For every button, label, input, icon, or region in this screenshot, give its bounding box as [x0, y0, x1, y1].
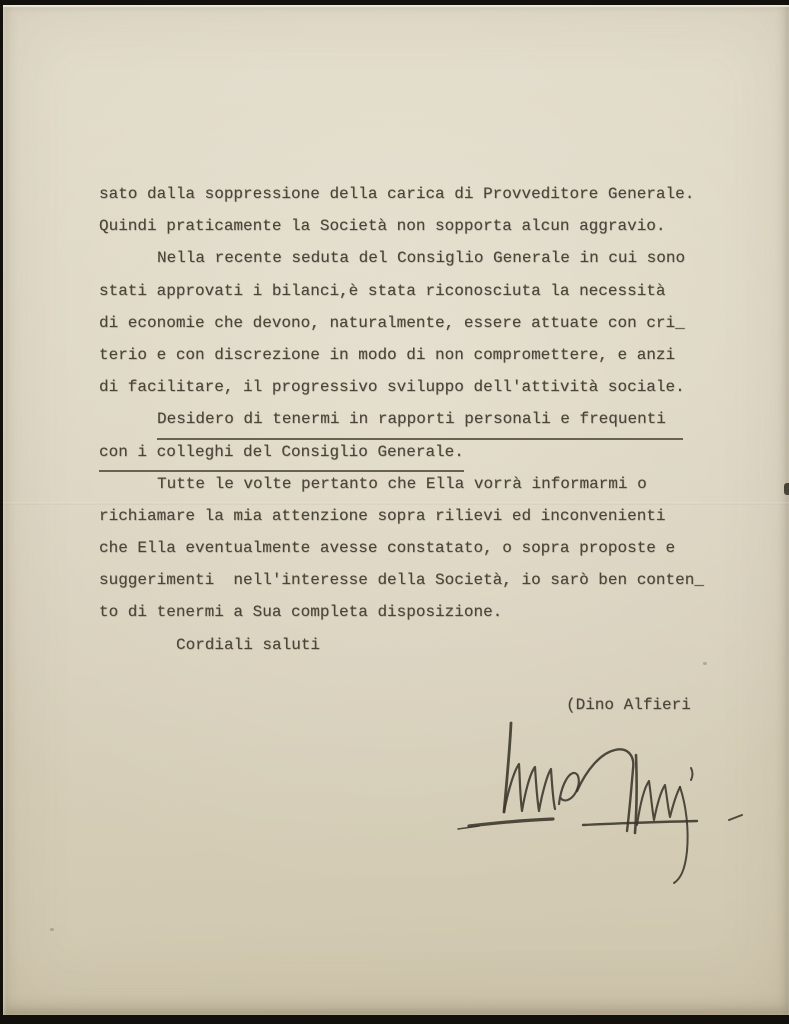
- closing-salutation: Cordiali saluti: [99, 629, 739, 661]
- paper-speck: [50, 928, 54, 931]
- letter-line-14: to di tenermi a Sua completa disposizion…: [99, 596, 739, 628]
- letter-line-13: suggerimenti nell'interesse della Societ…: [99, 564, 739, 596]
- letter-line-2: Quindi praticamente la Società non soppo…: [99, 210, 739, 242]
- letter-line-7: di facilitare, il progressivo sviluppo d…: [99, 371, 739, 403]
- letter-line-5: di economie che devono, naturalmente, es…: [99, 307, 739, 339]
- letter-line-8: Desidero di tenermi in rapporti personal…: [99, 403, 739, 435]
- letter-body: sato dalla soppressione della carica di …: [99, 178, 739, 661]
- letter-line-11: richiamare la mia attenzione sopra rilie…: [99, 500, 739, 532]
- letter-page: sato dalla soppressione della carica di …: [3, 5, 789, 1015]
- handwritten-signature: [453, 705, 753, 900]
- letter-line-6: terio e con discrezione in modo di non c…: [99, 339, 739, 371]
- letter-line-10: Tutte le volte pertanto che Ella vorrà i…: [99, 468, 739, 500]
- edge-mark: [784, 483, 789, 495]
- letter-line-12: che Ella eventualmente avesse constatato…: [99, 532, 739, 564]
- letter-line-1: sato dalla soppressione della carica di …: [99, 178, 739, 210]
- letter-line-3: Nella recente seduta del Consiglio Gener…: [99, 242, 739, 274]
- letter-line-9: con i colleghi del Consiglio Generale.: [99, 436, 739, 468]
- paper-speck: [703, 662, 707, 665]
- scan-background: sato dalla soppressione della carica di …: [0, 0, 789, 1024]
- letter-line-4: stati approvati i bilanci,è stata ricono…: [99, 275, 739, 307]
